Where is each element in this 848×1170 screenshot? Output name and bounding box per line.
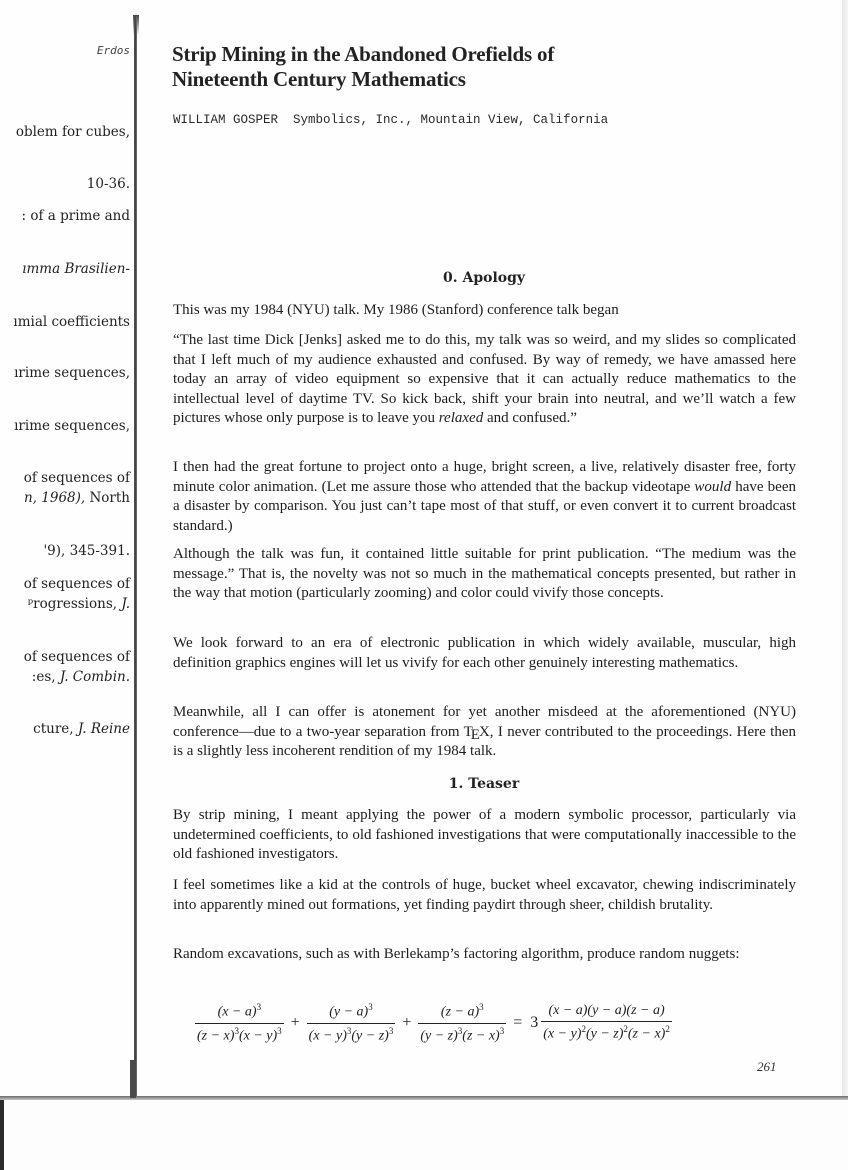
fraction-term: (x − a)3 (z − x)3(x − y)3 [195,1002,284,1044]
fragment-part: Brasilien- [64,261,130,277]
fraction-rhs: (x − a)(y − a)(z − a) (x − y)2(y − z)2(z… [541,1003,672,1043]
fragment-part: cture, [33,721,78,737]
author-byline: WILLIAM GOSPER Symbolics, Inc., Mountain… [173,113,608,127]
facing-fragment: n, 1968), North [24,490,130,506]
fraction-term: (z − a)3 (y − z)3(z − x)3 [418,1002,506,1044]
facing-fragment: ımma Brasilien- [22,261,130,277]
paragraph: This was my 1984 (NYU) talk. My 1986 (St… [173,301,796,321]
fraction-term: (y − a)3 (x − y)3(y − z)3 [307,1002,396,1044]
section-heading: 1. Teaser [172,776,796,792]
paragraph: We look forward to an era of electronic … [173,634,796,673]
fragment-part: n, 1968), [24,490,85,506]
facing-fragment: '9), 345-391. [43,543,130,559]
facing-fragment: Erdos [97,44,130,57]
fragment-part: J. [121,596,130,612]
tex-logo: TEX [464,724,490,740]
page-edge-bottom [0,1096,848,1100]
fragment-part: J. Reine [78,721,130,737]
paragraph: Meanwhile, all I can offer is atonement … [173,703,796,762]
facing-fragment: of sequences of [24,470,130,486]
page-edge-right [842,0,848,1100]
facing-fragment: ımial coefficients [13,314,130,330]
text-run: and confused.” [483,410,577,426]
section-heading: 0. Apology [172,270,796,286]
equation: (x − a)3 (z − x)3(x − y)3 + (y − a)3 (x … [192,1000,792,1046]
facing-fragment: :es, J. Combin. [32,669,130,685]
facing-fragment: of sequences of [24,649,130,665]
underlying-page [0,1100,848,1170]
facing-fragment: of sequences of [24,576,130,592]
article-title: Strip Mining in the Abandoned Orefields … [172,42,772,92]
title-line: Strip Mining in the Abandoned Orefields … [172,42,772,67]
underlying-page-edge [0,1100,4,1170]
fragment-part: North [85,490,130,506]
paragraph: By strip mining, I meant applying the po… [173,806,796,865]
paragraph: “The last time Dick [Jenks] asked me to … [173,331,796,429]
paragraph: I feel sometimes like a kid at the contr… [173,876,796,915]
fragment-part: :es, [32,669,60,685]
fragment-part: J. Combin. [60,669,130,685]
binding-gutter-bottom [130,1060,136,1098]
paragraph: Random excavations, such as with Berleka… [173,945,796,965]
facing-fragment: ᵖrogressions, J. [28,596,130,612]
equals-operator: = [513,1014,522,1032]
facing-fragment: ırime sequences, [14,365,130,381]
fragment-part: ᵖrogressions, [28,596,122,612]
plus-operator: + [291,1014,300,1032]
title-line: Nineteenth Century Mathematics [172,67,772,92]
facing-fragment: ırime sequences, [14,418,130,434]
facing-fragment: cture, J. Reine [33,721,130,737]
facing-fragment: : of a prime and [22,208,130,224]
facing-fragment: oblem for cubes, [16,124,130,140]
emphasis: would [694,479,731,495]
plus-operator: + [402,1014,411,1032]
paragraph: Although the talk was fun, it contained … [173,545,796,604]
emphasis: relaxed [439,410,483,426]
coefficient: 3 [530,1014,538,1032]
page-number: 261 [757,1059,777,1075]
fragment-part: ımma [22,261,64,277]
facing-fragment: 10-36. [87,176,130,192]
paragraph: I then had the great fortune to project … [173,458,796,536]
binding-gutter [134,16,137,1096]
